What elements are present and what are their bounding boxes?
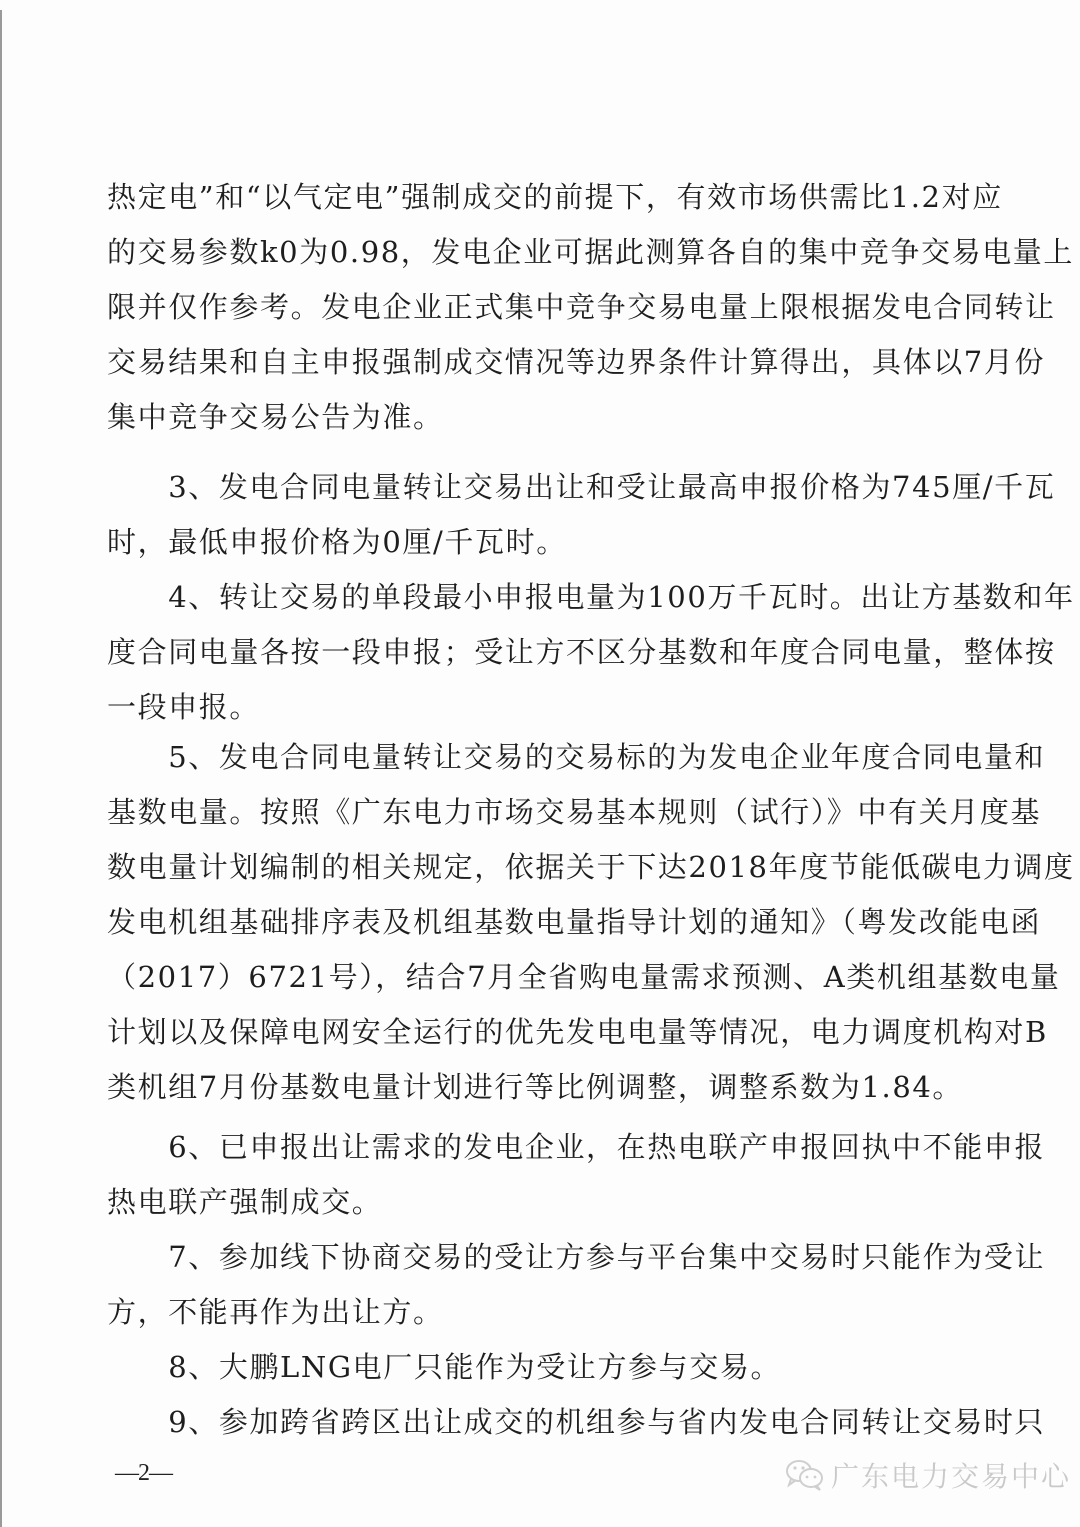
text-line: 8、大鹏LNG电厂只能作为受让方参与交易。 [107, 1342, 781, 1392]
text-line: 7、参加线下协商交易的受让方参与平台集中交易时只能作为受让 [107, 1232, 977, 1282]
text-line: 时，最低申报价格为0厘/千瓦时。 [107, 517, 567, 567]
text-line: 4、转让交易的单段最小申报电量为100万千瓦时。出让方基数和年 [107, 572, 977, 622]
wechat-icon [785, 1458, 825, 1492]
watermark-text: 广东电力交易中心 [831, 1455, 1071, 1495]
text-line: 类机组7月份基数电量计划进行等比例调整，调整系数为1.84。 [107, 1062, 963, 1112]
text-line: 交易结果和自主申报强制成交情况等边界条件计算得出，具体以7月份 [107, 337, 977, 387]
text-line: 5、发电合同电量转让交易的交易标的为发电企业年度合同电量和 [107, 732, 977, 782]
text-line: 热电联产强制成交。 [107, 1177, 382, 1227]
text-line: 方，不能再作为出让方。 [107, 1287, 444, 1337]
text-line: （2017）6721号），结合7月全省购电量需求预测、A类机组基数电量 [107, 952, 977, 1002]
page-number: —2— [115, 1460, 172, 1487]
text-line: 集中竞争交易公告为准。 [107, 392, 444, 442]
text-line: 6、已申报出让需求的发电企业，在热电联产申报回执中不能申报 [107, 1122, 977, 1172]
text-line: 基数电量。按照《广东电力市场交易基本规则（试行）》中有关月度基 [107, 787, 977, 837]
text-line: 计划以及保障电网安全运行的优先发电电量等情况，电力调度机构对B [107, 1007, 977, 1057]
text-line: 一段申报。 [107, 682, 260, 732]
page-edge-shadow [0, 10, 2, 1527]
watermark: 广东电力交易中心 [785, 1455, 1071, 1495]
text-line: 的交易参数k0为0.98，发电企业可据此测算各自的集中竞争交易电量上 [107, 227, 977, 277]
text-line: 限并仅作参考。发电企业正式集中竞争交易电量上限根据发电合同转让 [107, 282, 977, 332]
text-line: 3、发电合同电量转让交易出让和受让最高申报价格为745厘/千瓦 [107, 462, 977, 512]
text-line: 度合同电量各按一段申报；受让方不区分基数和年度合同电量，整体按 [107, 627, 977, 677]
text-line: 发电机组基础排序表及机组基数电量指导计划的通知》（粤发改能电函 [107, 897, 977, 947]
text-line: 热定电”和“以气定电”强制成交的前提下，有效市场供需比1.2对应 [107, 172, 977, 222]
text-line: 9、参加跨省跨区出让成交的机组参与省内发电合同转让交易时只 [107, 1397, 1045, 1447]
text-line: 数电量计划编制的相关规定，依据关于下达2018年度节能低碳电力调度 [107, 842, 977, 892]
